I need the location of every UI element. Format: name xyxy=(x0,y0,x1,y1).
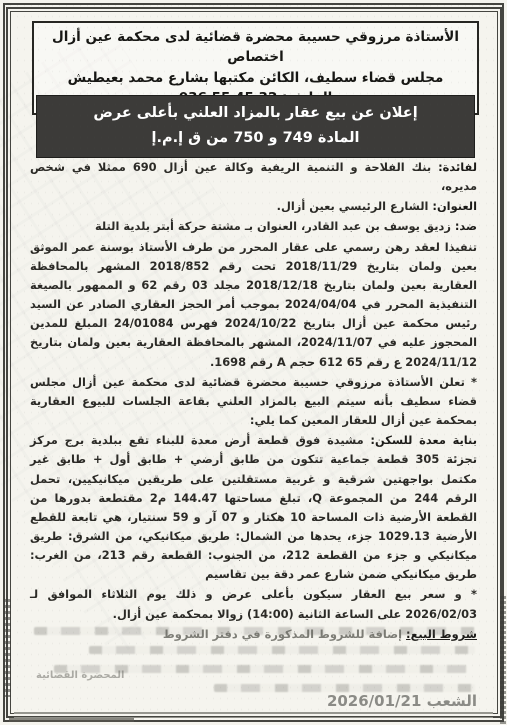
para-text: * تعلن الأستاذة مرزوقي حسيبة محضرة قضائي… xyxy=(30,375,477,427)
right-edge-print-artifact xyxy=(500,596,506,724)
paragraph-defendant: ضد: زديق يوسف بن عبد القادر، العنوان بـ … xyxy=(30,217,477,236)
para-text: زديق يوسف بن عبد القادر، العنوان بـ مشتة… xyxy=(95,219,451,233)
faded-illegible-line xyxy=(214,684,475,692)
faded-illegible-line xyxy=(89,646,475,654)
para-label: ضد: xyxy=(455,219,477,233)
newspaper-name-and-date: الشعب 2026/01/21 xyxy=(327,692,477,710)
notice-body: لفائدة: بنك الفلاحة و التنمية الريفية وك… xyxy=(30,158,477,645)
left-edge-print-artifact xyxy=(4,599,11,697)
paragraph-property-description: بناية معدة للسكن: مشيدة فوق قطعة أرض معد… xyxy=(30,431,477,584)
para-text: تنفيذا لعقد رهن رسمي على عقار المحرر من … xyxy=(30,240,477,369)
announcement-title-band: إعلان عن بيع عقار بالمزاد العلني بأعلى ع… xyxy=(36,95,475,158)
paragraph-beneficiary: لفائدة: بنك الفلاحة و التنمية الريفية وك… xyxy=(30,158,477,196)
para-text: الشارع الرئيسي بعين أزال. xyxy=(277,199,429,213)
para-label: لفائدة: xyxy=(438,160,477,174)
bailiff-signature-faded: المحضرة القضائية xyxy=(36,670,124,681)
paragraph-auction-declaration: * تعلن الأستاذة مرزوقي حسيبة محضرة قضائي… xyxy=(30,373,477,430)
faded-illegible-line xyxy=(34,627,475,635)
title-line-1: إعلان عن بيع عقار بالمزاد العلني بأعلى ع… xyxy=(41,101,470,126)
scanned-legal-notice-page: الأستاذة مرزوقي حسيبة محضرة قضائية لدى م… xyxy=(0,0,507,725)
para-label: العنوان: xyxy=(432,199,477,213)
paragraph-mortgage-deed: تنفيذا لعقد رهن رسمي على عقار المحرر من … xyxy=(30,238,477,372)
title-line-2: المادة 749 و 750 من ق إ.م.إ xyxy=(41,126,470,151)
para-label: بناية معدة للسكن: xyxy=(370,433,477,447)
paragraph-address: العنوان: الشارع الرئيسي بعين أزال. xyxy=(30,197,477,216)
bottom-rule-upper xyxy=(14,712,493,714)
para-text: مشيدة فوق قطعة أرض معدة للبناء تقع ببلدي… xyxy=(30,433,477,581)
bailiff-name-line: الأستاذة مرزوقي حسيبة محضرة قضائية لدى م… xyxy=(42,27,469,68)
para-text: بنك الفلاحة و التنمية الريفية وكالة عين … xyxy=(30,160,477,193)
bailiff-office-line: مجلس قضاء سطيف، الكائن مكتبها بشارع محمد… xyxy=(42,68,469,88)
bottom-left-ink-strip xyxy=(9,718,134,722)
